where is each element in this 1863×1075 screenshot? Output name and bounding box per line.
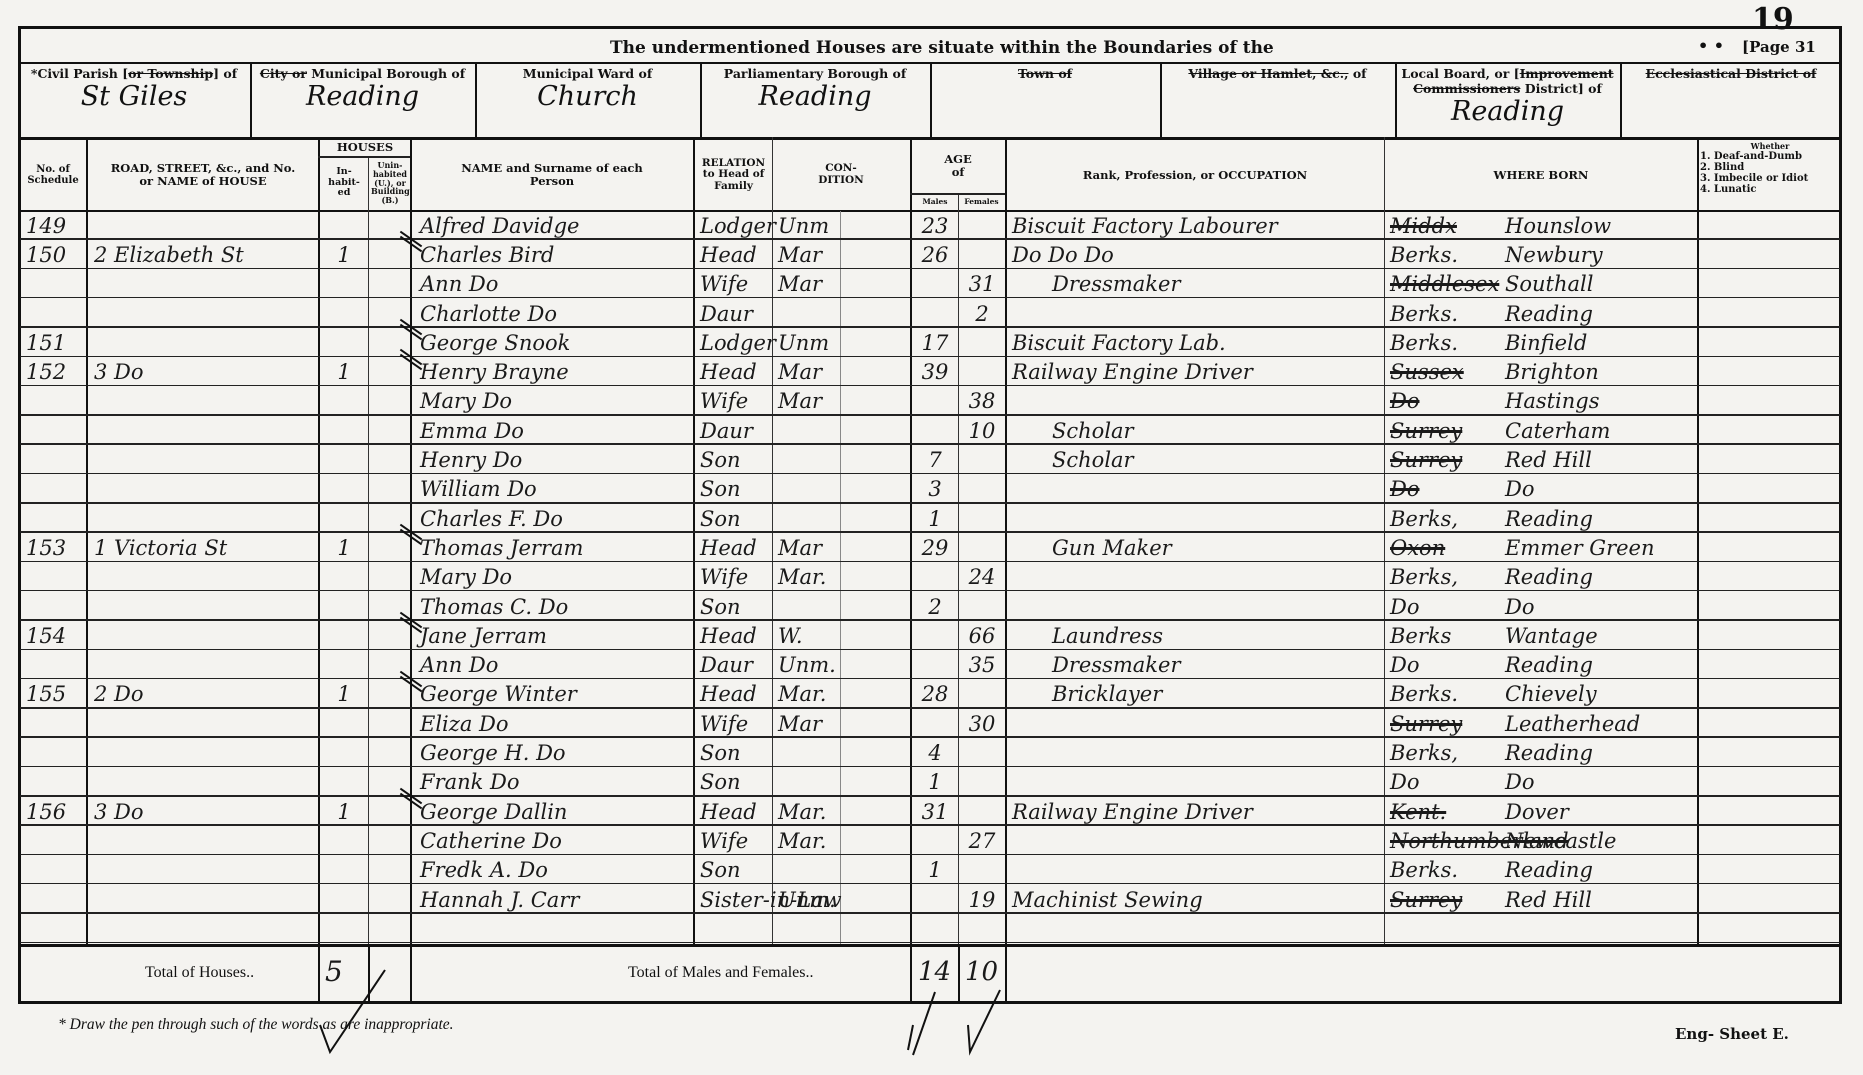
inhabited-cell	[322, 387, 366, 416]
col-header-road-text: ROAD, STREET, &c., and No. or NAME of HO…	[103, 162, 303, 187]
occupation-cell: Railway Engine Driver	[1012, 358, 1382, 387]
inhabited-cell	[322, 856, 366, 885]
male-age-cell: 1	[912, 504, 958, 533]
birth-county-cell: Surrey	[1390, 885, 1500, 914]
schedule-number-cell: 155	[26, 680, 84, 709]
relation-cell: Son	[700, 856, 772, 885]
occupation-cell: Dressmaker	[1012, 651, 1422, 680]
birth-place-cell: Red Hill	[1505, 445, 1695, 474]
condition-cell: Mar	[778, 533, 908, 562]
col-header-occupation-text: Rank, Profession, or OCCUPATION	[1083, 169, 1307, 182]
occupation-cell	[1012, 592, 1382, 621]
road-cell	[94, 592, 314, 621]
col-header-infirmity: Whether 1. Deaf-and-Dumb 2. Blind 3. Imb…	[1700, 142, 1840, 210]
relation-cell: Head	[700, 680, 772, 709]
name-cell: Charles F. Do	[420, 504, 692, 533]
name-cell: George H. Do	[420, 738, 692, 767]
location-label: Ecclesiastical District of	[1620, 66, 1842, 81]
col-header-houses: HOUSES	[320, 138, 410, 156]
inhabited-cell	[322, 826, 366, 855]
table-row: 154Jane JerramHeadW.66LaundressBerksWant…	[0, 621, 1863, 650]
birth-county-cell: Surrey	[1390, 416, 1500, 445]
inhabited-cell	[322, 475, 366, 504]
birth-county-cell: Northumberland	[1390, 826, 1500, 855]
location-value: Reading	[250, 81, 475, 112]
birth-county-cell: Middlesex	[1390, 270, 1500, 299]
birth-county-cell: Surrey	[1390, 709, 1500, 738]
name-cell: Henry Do	[420, 445, 692, 474]
condition-cell: Mar.	[778, 797, 908, 826]
location-label: *Civil Parish [or Township] of	[18, 66, 250, 81]
table-row: 149Alfred DavidgeLodgerUnm23Biscuit Fact…	[0, 211, 1863, 240]
relation-cell: Wife	[700, 709, 772, 738]
schedule-number-cell: 151	[26, 328, 84, 357]
name-cell: Charlotte Do	[420, 299, 692, 328]
inhabited-cell	[322, 885, 366, 914]
road-cell	[94, 416, 314, 445]
col-header-condition-text: CON-DITION	[816, 163, 866, 186]
birth-place-cell: Red Hill	[1505, 885, 1695, 914]
schedule-number-cell: 154	[26, 621, 84, 650]
birth-county-cell: Berks.	[1390, 856, 1500, 885]
condition-cell	[778, 445, 908, 474]
birth-place-cell: Leatherhead	[1505, 709, 1695, 738]
birth-county-cell: Berks,	[1390, 738, 1500, 767]
female-age-cell	[960, 358, 1004, 387]
condition-cell: Mar	[778, 270, 908, 299]
schedule-number-cell	[26, 270, 84, 299]
schedule-number-cell	[26, 592, 84, 621]
birth-place-cell: Newcastle	[1505, 826, 1695, 855]
condition-cell: Mar	[778, 358, 908, 387]
birth-county-cell: Do	[1390, 387, 1500, 416]
road-cell	[94, 768, 314, 797]
relation-cell: Son	[700, 592, 772, 621]
occupation-cell: Scholar	[1012, 416, 1422, 445]
relation-cell: Wife	[700, 387, 772, 416]
birth-place-cell: Brighton	[1505, 358, 1695, 387]
road-cell	[94, 211, 314, 240]
name-cell: William Do	[420, 475, 692, 504]
table-row: Eliza DoWifeMar30SurreyLeatherhead	[0, 709, 1863, 738]
col-header-relation-text: RELATION to Head of Family	[697, 158, 771, 193]
schedule-number-cell	[26, 445, 84, 474]
condition-cell: Mar.	[778, 826, 908, 855]
table-row: Thomas C. DoSon2DoDo	[0, 592, 1863, 621]
road-cell	[94, 387, 314, 416]
road-cell	[94, 299, 314, 328]
table-row: Emma DoDaur10ScholarSurreyCaterham	[0, 416, 1863, 445]
col-header-uninhabited: Unin-habited (U.), or Building (B.)	[370, 158, 410, 208]
col-header-where-born-text: WHERE BORN	[1494, 169, 1589, 182]
sheet-label: Eng- Sheet E.	[1675, 1025, 1789, 1043]
road-cell	[94, 885, 314, 914]
birth-county-cell: Berks.	[1390, 299, 1500, 328]
occupation-cell: Scholar	[1012, 445, 1422, 474]
birth-county-cell: Kent.	[1390, 797, 1500, 826]
location-field-7: Ecclesiastical District of	[1620, 66, 1842, 136]
inhabited-cell: 1	[322, 680, 366, 709]
col-header-uninhabited-text: Unin-habited (U.), or Building (B.)	[371, 161, 409, 205]
table-row: Mary DoWifeMar.24Berks,Reading	[0, 563, 1863, 592]
table-row: Fredk A. DoSon1Berks.Reading	[0, 856, 1863, 885]
male-age-cell	[912, 621, 958, 650]
table-row: William DoSon3DoDo	[0, 475, 1863, 504]
birth-place-cell: Reading	[1505, 651, 1695, 680]
birth-county-cell: Berks	[1390, 621, 1500, 650]
relation-cell: Head	[700, 797, 772, 826]
name-cell: Eliza Do	[420, 709, 692, 738]
road-cell: 3 Do	[94, 797, 314, 826]
table-row: 1502 Elizabeth St1Charles BirdHeadMar26D…	[0, 240, 1863, 269]
birth-county-cell: Do	[1390, 475, 1500, 504]
female-age-cell	[960, 680, 1004, 709]
table-row: Ann DoWifeMar31DressmakerMiddlesexSoutha…	[0, 270, 1863, 299]
road-cell: 3 Do	[94, 358, 314, 387]
female-age-cell: 31	[960, 270, 1004, 299]
col-header-females: Females	[959, 195, 1004, 209]
inhabited-cell	[322, 504, 366, 533]
birth-place-cell: Chievely	[1505, 680, 1695, 709]
infirmity-option-3: 3. Imbecile or Idiot	[1700, 173, 1840, 184]
relation-cell: Son	[700, 768, 772, 797]
condition-cell	[778, 738, 908, 767]
condition-cell	[778, 416, 908, 445]
name-cell: Jane Jerram	[420, 621, 692, 650]
schedule-number-cell	[26, 885, 84, 914]
female-age-cell: 19	[960, 885, 1004, 914]
location-label: Village or Hamlet, &c., of	[1160, 66, 1395, 81]
condition-cell: W.	[778, 621, 908, 650]
relation-cell: Son	[700, 475, 772, 504]
schedule-number-cell	[26, 387, 84, 416]
birth-county-cell: Berks,	[1390, 504, 1500, 533]
male-age-cell: 23	[912, 211, 958, 240]
location-field-2: Municipal Ward ofChurch	[475, 66, 700, 136]
male-age-cell: 28	[912, 680, 958, 709]
male-age-cell	[912, 651, 958, 680]
footnote: * Draw the pen through such of the words…	[58, 1016, 454, 1034]
male-age-cell: 31	[912, 797, 958, 826]
inhabited-cell	[322, 563, 366, 592]
relation-cell: Lodger	[700, 328, 772, 357]
relation-cell: Sister-in-Law	[700, 885, 772, 914]
road-cell	[94, 856, 314, 885]
table-row: 1523 Do1Henry BrayneHeadMar39Railway Eng…	[0, 358, 1863, 387]
relation-cell: Son	[700, 445, 772, 474]
male-age-cell: 4	[912, 738, 958, 767]
name-cell: Alfred Davidge	[420, 211, 692, 240]
condition-cell: Unm.	[778, 651, 908, 680]
schedule-number-cell	[26, 416, 84, 445]
relation-cell: Head	[700, 621, 772, 650]
occupation-cell: Laundress	[1012, 621, 1422, 650]
birth-county-cell: Do	[1390, 651, 1500, 680]
birth-place-cell: Reading	[1505, 563, 1695, 592]
schedule-number-cell	[26, 709, 84, 738]
birth-place-cell: Newbury	[1505, 240, 1695, 269]
road-cell	[94, 621, 314, 650]
col-header-males-text: Males	[922, 198, 947, 206]
schedule-number-cell	[26, 504, 84, 533]
birth-place-cell: Do	[1505, 768, 1695, 797]
inhabited-cell: 1	[322, 797, 366, 826]
location-field-6: Local Board, or [Improvement Commissione…	[1395, 66, 1620, 136]
folio-number: 19	[1752, 2, 1794, 37]
occupation-cell	[1012, 826, 1382, 855]
occupation-cell	[1012, 563, 1382, 592]
occupation-cell: Railway Engine Driver	[1012, 797, 1382, 826]
schedule-number-cell	[26, 856, 84, 885]
birth-place-cell: Emmer Green	[1505, 533, 1695, 562]
relation-cell: Wife	[700, 563, 772, 592]
table-row: Henry DoSon7ScholarSurreyRed Hill	[0, 445, 1863, 474]
birth-county-cell: Sussex	[1390, 358, 1500, 387]
relation-cell: Lodger	[700, 211, 772, 240]
female-age-cell: 27	[960, 826, 1004, 855]
name-cell: Mary Do	[420, 387, 692, 416]
relation-cell: Head	[700, 240, 772, 269]
occupation-cell	[1012, 475, 1382, 504]
table-row: Charles F. DoSon1Berks,Reading	[0, 504, 1863, 533]
col-header-males: Males	[912, 195, 958, 209]
birth-place-cell: Dover	[1505, 797, 1695, 826]
occupation-cell	[1012, 856, 1382, 885]
inhabited-cell	[322, 416, 366, 445]
schedule-number-cell: 150	[26, 240, 84, 269]
name-cell: Ann Do	[420, 270, 692, 299]
condition-cell	[778, 768, 908, 797]
location-value: Reading	[1395, 96, 1620, 127]
condition-cell: Mar	[778, 709, 908, 738]
occupation-cell: Bricklayer	[1012, 680, 1422, 709]
name-cell: Thomas C. Do	[420, 592, 692, 621]
schedule-number-cell	[26, 475, 84, 504]
table-row: Catherine DoWifeMar.27NorthumberlandNewc…	[0, 826, 1863, 855]
location-label: Parliamentary Borough of	[700, 66, 930, 81]
male-age-cell: 3	[912, 475, 958, 504]
road-cell	[94, 738, 314, 767]
page-dots: • •	[1698, 36, 1724, 55]
location-field-3: Parliamentary Borough ofReading	[700, 66, 930, 136]
table-row: Ann DoDaurUnm.35DressmakerDoReading	[0, 651, 1863, 680]
name-cell: Frank Do	[420, 768, 692, 797]
col-header-road: ROAD, STREET, &c., and No. or NAME of HO…	[88, 140, 318, 210]
infirmity-option-1: 1. Deaf-and-Dumb	[1700, 151, 1840, 162]
female-age-cell	[960, 533, 1004, 562]
location-field-5: Village or Hamlet, &c., of	[1160, 66, 1395, 136]
birth-place-cell: Reading	[1505, 738, 1695, 767]
inhabited-cell: 1	[322, 240, 366, 269]
condition-cell: Unm.	[778, 885, 908, 914]
male-age-cell	[912, 270, 958, 299]
birth-county-cell: Do	[1390, 768, 1500, 797]
col-header-schedule: No. of Schedule	[20, 140, 86, 210]
table-row: Hannah J. CarrSister-in-LawUnm.19Machini…	[0, 885, 1863, 914]
location-value: St Giles	[18, 81, 250, 112]
name-cell: George Winter	[420, 680, 692, 709]
male-age-cell	[912, 563, 958, 592]
infirmity-option-2: 2. Blind	[1700, 162, 1840, 173]
inhabited-cell	[322, 768, 366, 797]
col-header-inhabited-text: In-habit-ed	[324, 167, 364, 198]
name-cell: George Snook	[420, 328, 692, 357]
female-age-cell: 38	[960, 387, 1004, 416]
road-cell	[94, 651, 314, 680]
birth-county-cell: Berks.	[1390, 328, 1500, 357]
female-age-cell: 35	[960, 651, 1004, 680]
male-age-cell	[912, 387, 958, 416]
col-header-name: NAME and Surname of each Person	[412, 140, 692, 210]
col-header-schedule-text: No. of Schedule	[25, 164, 81, 186]
road-cell	[94, 504, 314, 533]
occupation-cell: Machinist Sewing	[1012, 885, 1382, 914]
condition-cell: Unm	[778, 211, 908, 240]
infirmity-title: Whether	[1700, 142, 1840, 151]
road-cell	[94, 328, 314, 357]
birth-county-cell: Do	[1390, 592, 1500, 621]
female-age-cell	[960, 738, 1004, 767]
inhabited-cell: 1	[322, 358, 366, 387]
table-row: 1531 Victoria St1Thomas JerramHeadMar29G…	[0, 533, 1863, 562]
occupation-cell	[1012, 738, 1382, 767]
inhabited-cell	[322, 328, 366, 357]
location-value: Reading	[700, 81, 930, 112]
male-age-cell	[912, 709, 958, 738]
table-row: George H. DoSon4Berks,Reading	[0, 738, 1863, 767]
condition-cell: Mar	[778, 240, 908, 269]
occupation-cell	[1012, 504, 1382, 533]
location-field-1: City or Municipal Borough ofReading	[250, 66, 475, 136]
birth-county-cell: Berks.	[1390, 240, 1500, 269]
female-age-cell	[960, 475, 1004, 504]
check-marks	[0, 930, 1863, 1075]
birth-place-cell: Do	[1505, 475, 1695, 504]
female-age-cell	[960, 328, 1004, 357]
relation-cell: Son	[700, 504, 772, 533]
road-cell	[94, 445, 314, 474]
col-header-occupation: Rank, Profession, or OCCUPATION	[1006, 140, 1384, 210]
male-age-cell: 17	[912, 328, 958, 357]
male-age-cell: 26	[912, 240, 958, 269]
name-cell: Hannah J. Carr	[420, 885, 692, 914]
col-header-where-born: WHERE BORN	[1386, 140, 1696, 210]
birth-place-cell: Reading	[1505, 856, 1695, 885]
schedule-number-cell	[26, 651, 84, 680]
birth-county-cell: Berks,	[1390, 563, 1500, 592]
occupation-cell: Dressmaker	[1012, 270, 1422, 299]
table-row: 1552 Do1George WinterHeadMar.28Bricklaye…	[0, 680, 1863, 709]
female-age-cell	[960, 211, 1004, 240]
page-label: [Page 31	[1742, 38, 1816, 56]
col-header-relation: RELATION to Head of Family	[695, 140, 772, 210]
name-cell: Catherine Do	[420, 826, 692, 855]
birth-place-cell: Hounslow	[1505, 211, 1695, 240]
table-row: Charlotte DoDaur2Berks.Reading	[0, 299, 1863, 328]
condition-cell	[778, 475, 908, 504]
inhabited-cell	[322, 211, 366, 240]
location-label: Local Board, or [Improvement Commissione…	[1395, 66, 1620, 96]
male-age-cell: 7	[912, 445, 958, 474]
condition-cell: Mar.	[778, 563, 908, 592]
occupation-cell: Biscuit Factory Labourer	[1012, 211, 1382, 240]
relation-cell: Son	[700, 738, 772, 767]
table-row: 1563 Do1George DallinHeadMar.31Railway E…	[0, 797, 1863, 826]
table-row: 151George SnookLodgerUnm17Biscuit Factor…	[0, 328, 1863, 357]
infirmity-option-4: 4. Lunatic	[1700, 184, 1840, 195]
condition-cell: Unm	[778, 328, 908, 357]
birth-place-cell: Binfield	[1505, 328, 1695, 357]
location-label: City or Municipal Borough of	[250, 66, 475, 81]
relation-cell: Wife	[700, 826, 772, 855]
relation-cell: Wife	[700, 270, 772, 299]
col-header-name-text: NAME and Surname of each Person	[452, 162, 652, 187]
occupation-cell: Do Do Do	[1012, 240, 1382, 269]
female-age-cell	[960, 856, 1004, 885]
schedule-number-cell	[26, 299, 84, 328]
male-age-cell	[912, 826, 958, 855]
location-value: Church	[475, 81, 700, 112]
road-cell: 1 Victoria St	[94, 533, 314, 562]
birth-county-cell: Oxon	[1390, 533, 1500, 562]
col-header-houses-text: HOUSES	[337, 141, 393, 154]
location-label: Town of	[930, 66, 1160, 81]
form-title: The undermentioned Houses are situate wi…	[610, 38, 1274, 58]
male-age-cell: 1	[912, 768, 958, 797]
name-cell: Thomas Jerram	[420, 533, 692, 562]
male-age-cell: 39	[912, 358, 958, 387]
location-label: Municipal Ward of	[475, 66, 700, 81]
birth-place-cell: Reading	[1505, 504, 1695, 533]
male-age-cell: 2	[912, 592, 958, 621]
female-age-cell: 30	[960, 709, 1004, 738]
condition-cell	[778, 856, 908, 885]
inhabited-cell	[322, 445, 366, 474]
occupation-cell	[1012, 709, 1382, 738]
schedule-number-cell: 156	[26, 797, 84, 826]
road-cell: 2 Elizabeth St	[94, 240, 314, 269]
road-cell	[94, 475, 314, 504]
name-cell: Henry Brayne	[420, 358, 692, 387]
road-cell	[94, 270, 314, 299]
male-age-cell	[912, 885, 958, 914]
inhabited-cell	[322, 592, 366, 621]
birth-place-cell: Do	[1505, 592, 1695, 621]
female-age-cell: 10	[960, 416, 1004, 445]
condition-cell	[778, 299, 908, 328]
female-age-cell	[960, 445, 1004, 474]
birth-place-cell: Wantage	[1505, 621, 1695, 650]
schedule-number-cell	[26, 738, 84, 767]
condition-cell	[778, 592, 908, 621]
birth-county-cell: Middx	[1390, 211, 1500, 240]
relation-cell: Head	[700, 358, 772, 387]
occupation-cell	[1012, 299, 1382, 328]
female-age-cell	[960, 592, 1004, 621]
female-age-cell: 66	[960, 621, 1004, 650]
schedule-number-cell: 152	[26, 358, 84, 387]
road-cell	[94, 709, 314, 738]
name-cell: Ann Do	[420, 651, 692, 680]
col-header-age: AGE of	[912, 140, 1004, 192]
female-age-cell: 2	[960, 299, 1004, 328]
female-age-cell	[960, 240, 1004, 269]
inhabited-cell	[322, 651, 366, 680]
col-header-females-text: Females	[964, 198, 998, 206]
schedule-number-cell	[26, 563, 84, 592]
condition-cell	[778, 504, 908, 533]
name-cell: Mary Do	[420, 563, 692, 592]
